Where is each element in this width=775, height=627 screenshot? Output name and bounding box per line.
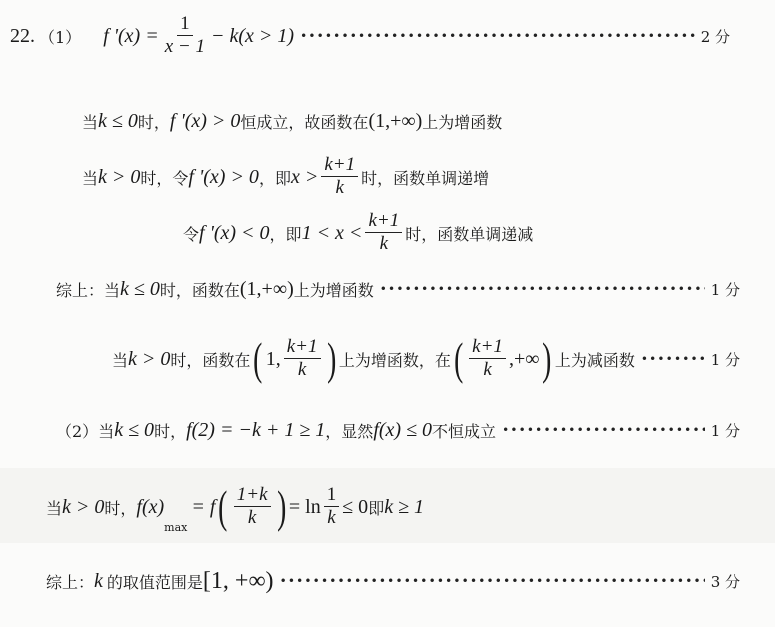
- line-8-k-gt-0-max: 当 k > 0 时， f(x) max = f ( 1+k k ) = ln 1…: [46, 478, 424, 536]
- right-paren: ): [327, 336, 336, 382]
- fraction-1-over-k: 1 k: [324, 485, 340, 529]
- fraction-k-plus-1-over-k: k+1 k: [365, 211, 402, 255]
- dot-leader: ••••••••••••••••••••••••••••••••••••••••…: [300, 29, 695, 43]
- dot-leader: ••••••••••••••••••••••••••••••••••••••••…: [380, 282, 705, 296]
- line-1-derivative: 22. （1） f '(x) = 1 x − 1 − k(x > 1) ••••…: [10, 14, 730, 58]
- fraction-1-plus-k-over-k: 1+k k: [234, 485, 271, 529]
- line-2-k-le-0: 当 k ≤ 0 时， f '(x) > 0 恒成立，故函数在 (1,+∞) 上为…: [82, 104, 502, 138]
- line-4-decreasing: 令 f '(x) < 0 ，即 1 < x < k+1 k 时，函数单调递减: [183, 206, 533, 260]
- line-6-summary-k-gt-0: 当 k > 0 时，函数在 ( 1, k+1 k ) 上为增函数，在 ( k+1…: [112, 330, 740, 388]
- right-paren: ): [543, 336, 552, 382]
- score-2: 2 分: [701, 26, 730, 47]
- left-paren: (: [454, 336, 463, 382]
- part-1-label: （1）: [39, 25, 81, 48]
- derivative-lhs: f '(x) =: [103, 25, 159, 48]
- score-1: 1 分: [711, 349, 740, 370]
- line-7-part2-k-le-0: （2） 当 k ≤ 0 时， f(2) = −k + 1 ≥ 1 ，显然 f(x…: [56, 414, 740, 446]
- fraction-k-plus-1-over-k: k+1 k: [321, 155, 358, 199]
- fraction-k-plus-1-over-k: k+1 k: [284, 337, 321, 381]
- fraction-k-plus-1-over-k: k+1 k: [469, 337, 506, 381]
- line-9-final-summary: 综上： k 的取值范围是 [1, +∞) •••••••••••••••••••…: [46, 565, 740, 597]
- fraction-1-over-x-minus-1: 1 x − 1: [162, 14, 208, 58]
- line-5-summary-k-le-0: 综上：当 k ≤ 0 时，函数在 (1,+∞) 上为增函数 ••••••••••…: [56, 273, 740, 305]
- left-paren: (: [253, 336, 262, 382]
- dot-leader: ••••••••••••••••••••••••••••••••••••••••…: [502, 423, 705, 437]
- score-3: 3 分: [711, 571, 740, 592]
- score-1: 1 分: [711, 420, 740, 441]
- dot-leader: ••••••••••••••••••••••••••••••••••••••••…: [280, 574, 705, 588]
- derivative-rhs: − k(x > 1): [211, 25, 294, 48]
- part-2-label: （2）: [56, 419, 98, 442]
- right-paren: ): [277, 484, 286, 530]
- dot-leader: ••••••••••••••••••••••••••••••••••••••••…: [641, 352, 705, 366]
- score-1: 1 分: [711, 279, 740, 300]
- left-paren: (: [219, 484, 228, 530]
- problem-number: 22.: [10, 25, 35, 48]
- line-3-k-gt-0-increasing: 当 k > 0 时，令 f '(x) > 0 ，即 x > k+1 k 时，函数…: [82, 150, 489, 204]
